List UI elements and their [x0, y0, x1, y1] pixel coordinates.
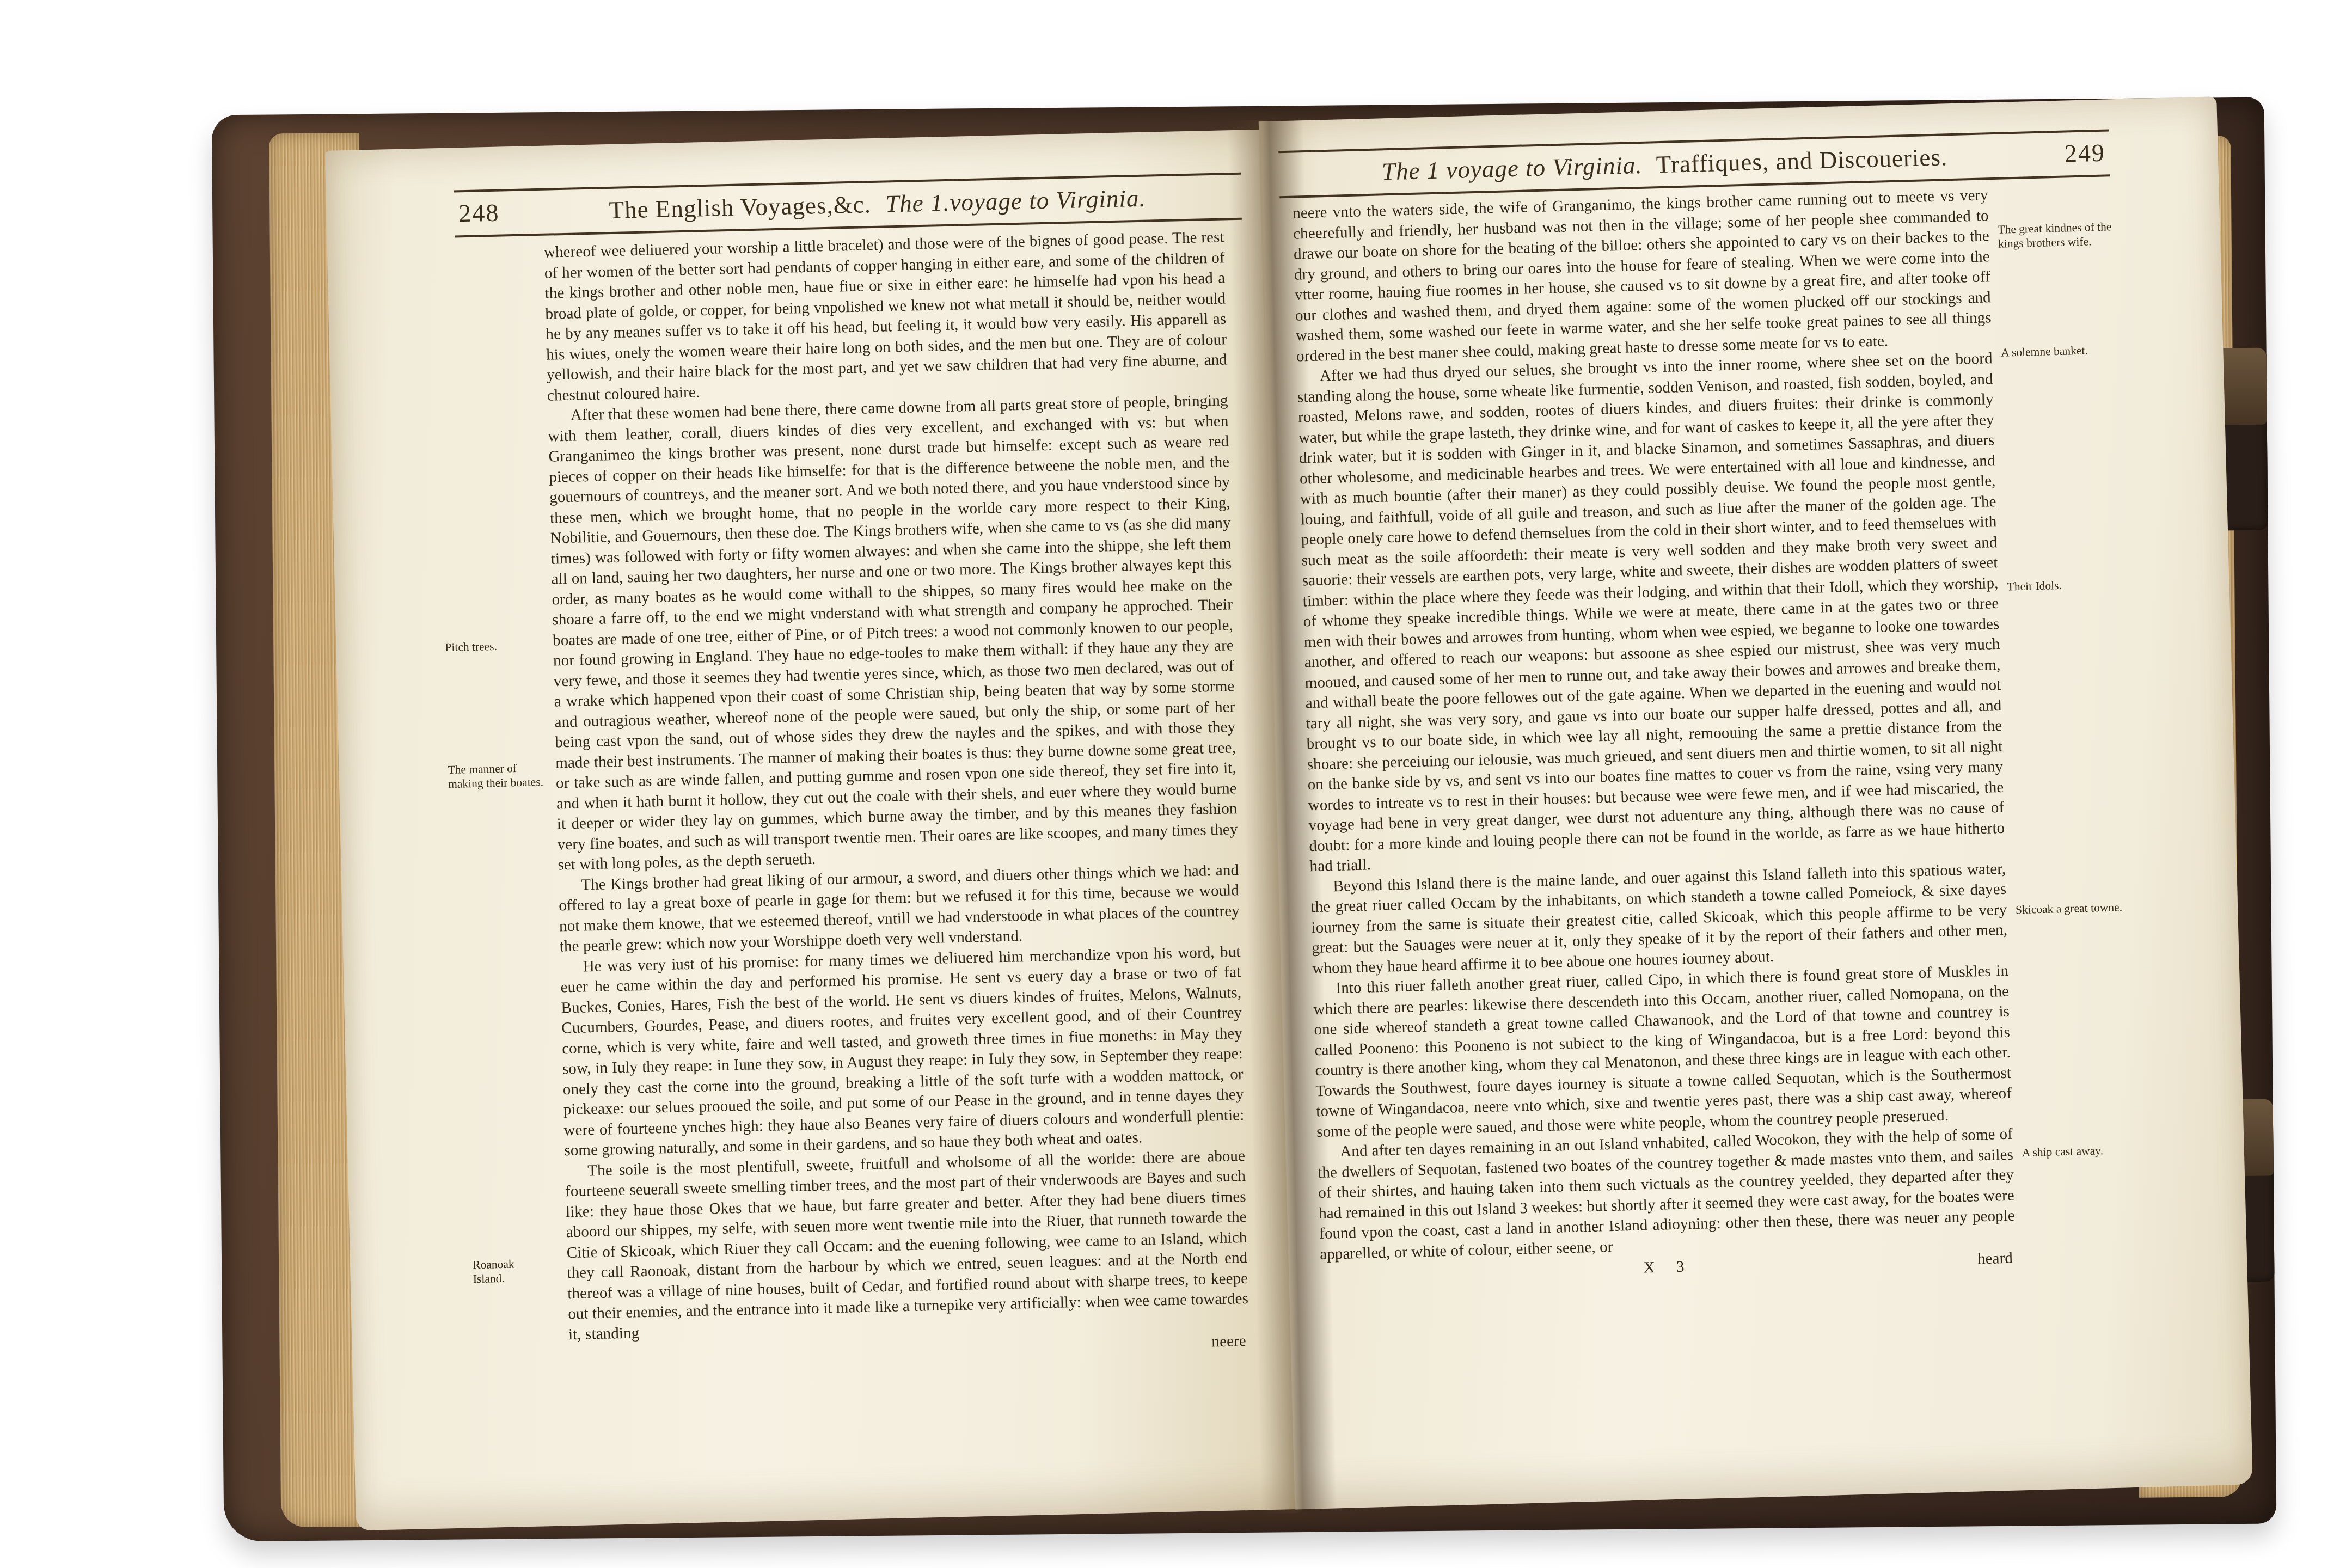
photo-background: { "colors": { "background": "#ffffff", "…	[0, 0, 2352, 1568]
margin-note-solemne-banket: A solemne banket.	[2001, 343, 2118, 360]
margin-note-making-boates: The manner of making their boates.	[448, 761, 549, 791]
running-title-left-roman: The English Voyages,&c.	[609, 191, 871, 224]
page-header-left: 248 The English Voyages,&c. The 1.voyage…	[454, 173, 1242, 238]
running-title-left-italic: The 1.voyage to Virginia.	[885, 185, 1147, 218]
running-title-right-italic: The 1 voyage to Virginia.	[1381, 151, 1643, 186]
paragraph: Beyond this Island there is the maine la…	[1310, 859, 2008, 979]
running-title-right: The 1 voyage to Virginia. Traffiques, an…	[1283, 140, 2047, 188]
catchword-left: neere	[1211, 1332, 1246, 1350]
margin-note-kings-brothers-wife: The great kindnes of the kings brothers …	[1998, 220, 2115, 251]
paragraph: The soile is the most plentifull, sweete…	[565, 1146, 1249, 1345]
paragraph: He was very iust of his promise: for man…	[560, 942, 1245, 1161]
page-number-left: 248	[458, 198, 500, 228]
paragraph: After that these women had bene there, t…	[547, 390, 1238, 875]
signature-mark: X 3	[1643, 1257, 1693, 1278]
page-body-left: whereof wee deliuered your worship a lit…	[544, 227, 1250, 1367]
paragraph: And after ten dayes remaining in an out …	[1317, 1124, 2016, 1265]
paragraph: neere vnto the waters side, the wife of …	[1293, 185, 1992, 366]
catchword-right: heard	[1977, 1248, 2017, 1270]
paragraph: The Kings brother had great liking of ou…	[558, 860, 1240, 957]
paragraph: whereof wee deliuered your worship a lit…	[544, 227, 1228, 406]
margin-note-skicoak: Skicoak a great towne.	[2016, 901, 2133, 917]
page-number-right: 249	[2064, 138, 2105, 168]
running-title-right-roman: Traffiques, and Discoueries.	[1656, 143, 1948, 178]
page-right: The 1 voyage to Virginia. Traffiques, an…	[1259, 96, 2253, 1509]
margin-note-roanoak-island: Roanoak Island.	[473, 1257, 544, 1286]
paragraph: Into this riuer falleth another great ri…	[1313, 961, 2012, 1142]
paragraph: After we had thus dryed our selues, she …	[1297, 348, 2006, 877]
book: 248 The English Voyages,&c. The 1.voyage…	[195, 72, 2293, 1560]
page-left: 248 The English Voyages,&c. The 1.voyage…	[325, 130, 1295, 1530]
margin-note-their-idols: Their Idols.	[2007, 577, 2124, 594]
margin-note-ship-cast-away: A ship cast away.	[2022, 1143, 2139, 1160]
margin-note-pitch-trees: Pitch trees.	[445, 639, 546, 655]
running-title-left: The English Voyages,&c. The 1.voyage to …	[518, 182, 1238, 226]
page-body-right: neere vnto the waters side, the wife of …	[1293, 185, 2017, 1287]
